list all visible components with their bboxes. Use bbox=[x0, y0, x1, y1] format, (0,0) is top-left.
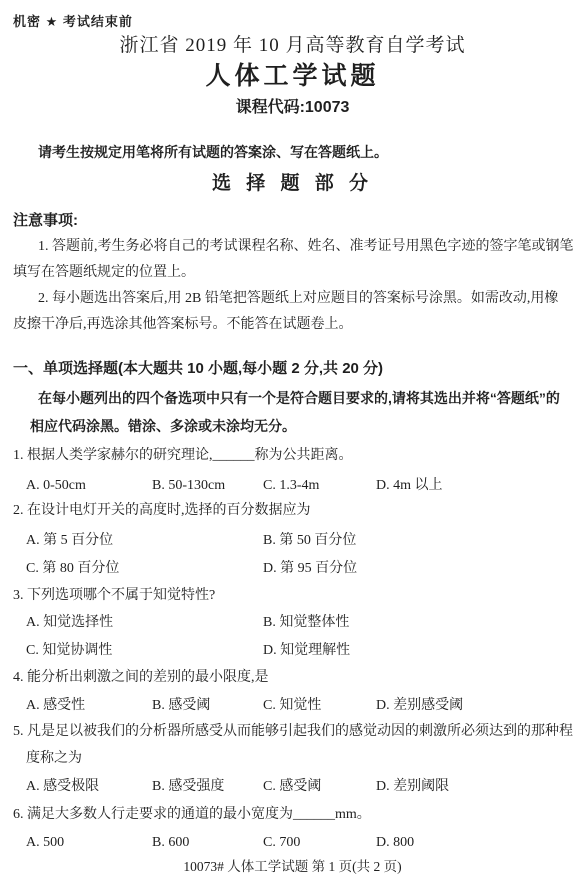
page-footer: 10073# 人体工学试题 第 1 页(共 2 页) bbox=[0, 857, 585, 877]
question-2-options: A. 第 5 百分位 B. 第 50 百分位 C. 第 80 百分位 D. 第 … bbox=[13, 531, 575, 587]
question-2-text: 2. 在设计电灯开关的高度时,选择的百分数据应为 bbox=[13, 501, 311, 521]
option: C. 知觉协调性 bbox=[26, 641, 263, 669]
part-heading: 一、单项选择题(本大题共 10 小题,每小题 2 分,共 20 分) bbox=[13, 359, 383, 379]
part-note-line: 在每小题列出的四个备选项中只有一个是符合题目要求的,请将其选出并将“答题纸”的 bbox=[38, 388, 560, 408]
course-code: 课程代码:10073 bbox=[0, 98, 585, 118]
classification-banner: 机密 ★ 考试结束前 bbox=[13, 12, 133, 32]
part-note-line: 相应代码涂黑。错涂、多涂或未涂均无分。 bbox=[30, 416, 296, 436]
question-5-options: A. 感受极限 B. 感受强度 C. 感受阈 D. 差别阈限 bbox=[13, 777, 575, 805]
exam-session-title: 浙江省 2019 年 10 月高等教育自学考试 bbox=[0, 36, 585, 56]
option: B. 知觉整体性 bbox=[263, 613, 575, 641]
notice-line: 填写在答题纸规定的位置上。 bbox=[13, 263, 195, 283]
question-3-options: A. 知觉选择性 B. 知觉整体性 C. 知觉协调性 D. 知觉理解性 bbox=[13, 613, 575, 669]
option: B. 第 50 百分位 bbox=[263, 531, 575, 559]
question-4-text: 4. 能分析出刺激之间的差别的最小限度,是 bbox=[13, 668, 269, 688]
question-1-text: 1. 根据人类学家赫尔的研究理论,______称为公共距离。 bbox=[13, 446, 353, 466]
option: C. 第 80 百分位 bbox=[26, 559, 263, 587]
answer-sheet-instruction: 请考生按规定用笔将所有试题的答案涂、写在答题纸上。 bbox=[38, 142, 388, 162]
option: A. 感受性 bbox=[26, 696, 152, 724]
notice-line: 2. 每小题选出答案后,用 2B 铅笔把答题纸上对应题目的答案标号涂黑。如需改动… bbox=[38, 289, 558, 309]
question-5-text: 5. 凡是足以被我们的分析器所感受从而能够引起我们的感觉动因的刺激所必须达到的那… bbox=[13, 722, 573, 742]
option: A. 感受极限 bbox=[26, 777, 152, 805]
option: C. 知觉性 bbox=[263, 696, 376, 724]
option: D. 知觉理解性 bbox=[263, 641, 575, 669]
notice-title: 注意事项: bbox=[13, 211, 78, 231]
exam-paper-page: 机密 ★ 考试结束前 浙江省 2019 年 10 月高等教育自学考试 人体工学试… bbox=[0, 0, 585, 885]
notice-line: 1. 答题前,考生务必将自己的考试课程名称、姓名、准考证号用黑色字迹的签字笔或钢… bbox=[38, 237, 574, 257]
question-4-options: A. 感受性 B. 感受阈 C. 知觉性 D. 差别感受阈 bbox=[13, 696, 575, 724]
option: D. 4m 以上 bbox=[376, 476, 575, 504]
question-3-text: 3. 下列选项哪个不属于知觉特性? bbox=[13, 586, 215, 606]
question-6-text: 6. 满足大多数人行走要求的通道的最小宽度为______mm。 bbox=[13, 805, 371, 825]
option: D. 差别感受阈 bbox=[376, 696, 575, 724]
question-1-options: A. 0-50cm B. 50-130cm C. 1.3-4m D. 4m 以上 bbox=[13, 476, 575, 504]
option: D. 差别阈限 bbox=[376, 777, 575, 805]
option: B. 50-130cm bbox=[152, 476, 263, 504]
section-title: 选 择 题 部 分 bbox=[0, 172, 585, 196]
option: A. 知觉选择性 bbox=[26, 613, 263, 641]
paper-title: 人体工学试题 bbox=[0, 61, 585, 91]
option: B. 感受阈 bbox=[152, 696, 263, 724]
option: A. 第 5 百分位 bbox=[26, 531, 263, 559]
question-5-text-continued: 度称之为 bbox=[26, 749, 82, 769]
option: B. 感受强度 bbox=[152, 777, 263, 805]
option: C. 感受阈 bbox=[263, 777, 376, 805]
option: C. 1.3-4m bbox=[263, 476, 376, 504]
option: A. 0-50cm bbox=[26, 476, 152, 504]
option: D. 第 95 百分位 bbox=[263, 559, 575, 587]
notice-line: 皮擦干净后,再选涂其他答案标号。不能答在试题卷上。 bbox=[13, 315, 353, 335]
